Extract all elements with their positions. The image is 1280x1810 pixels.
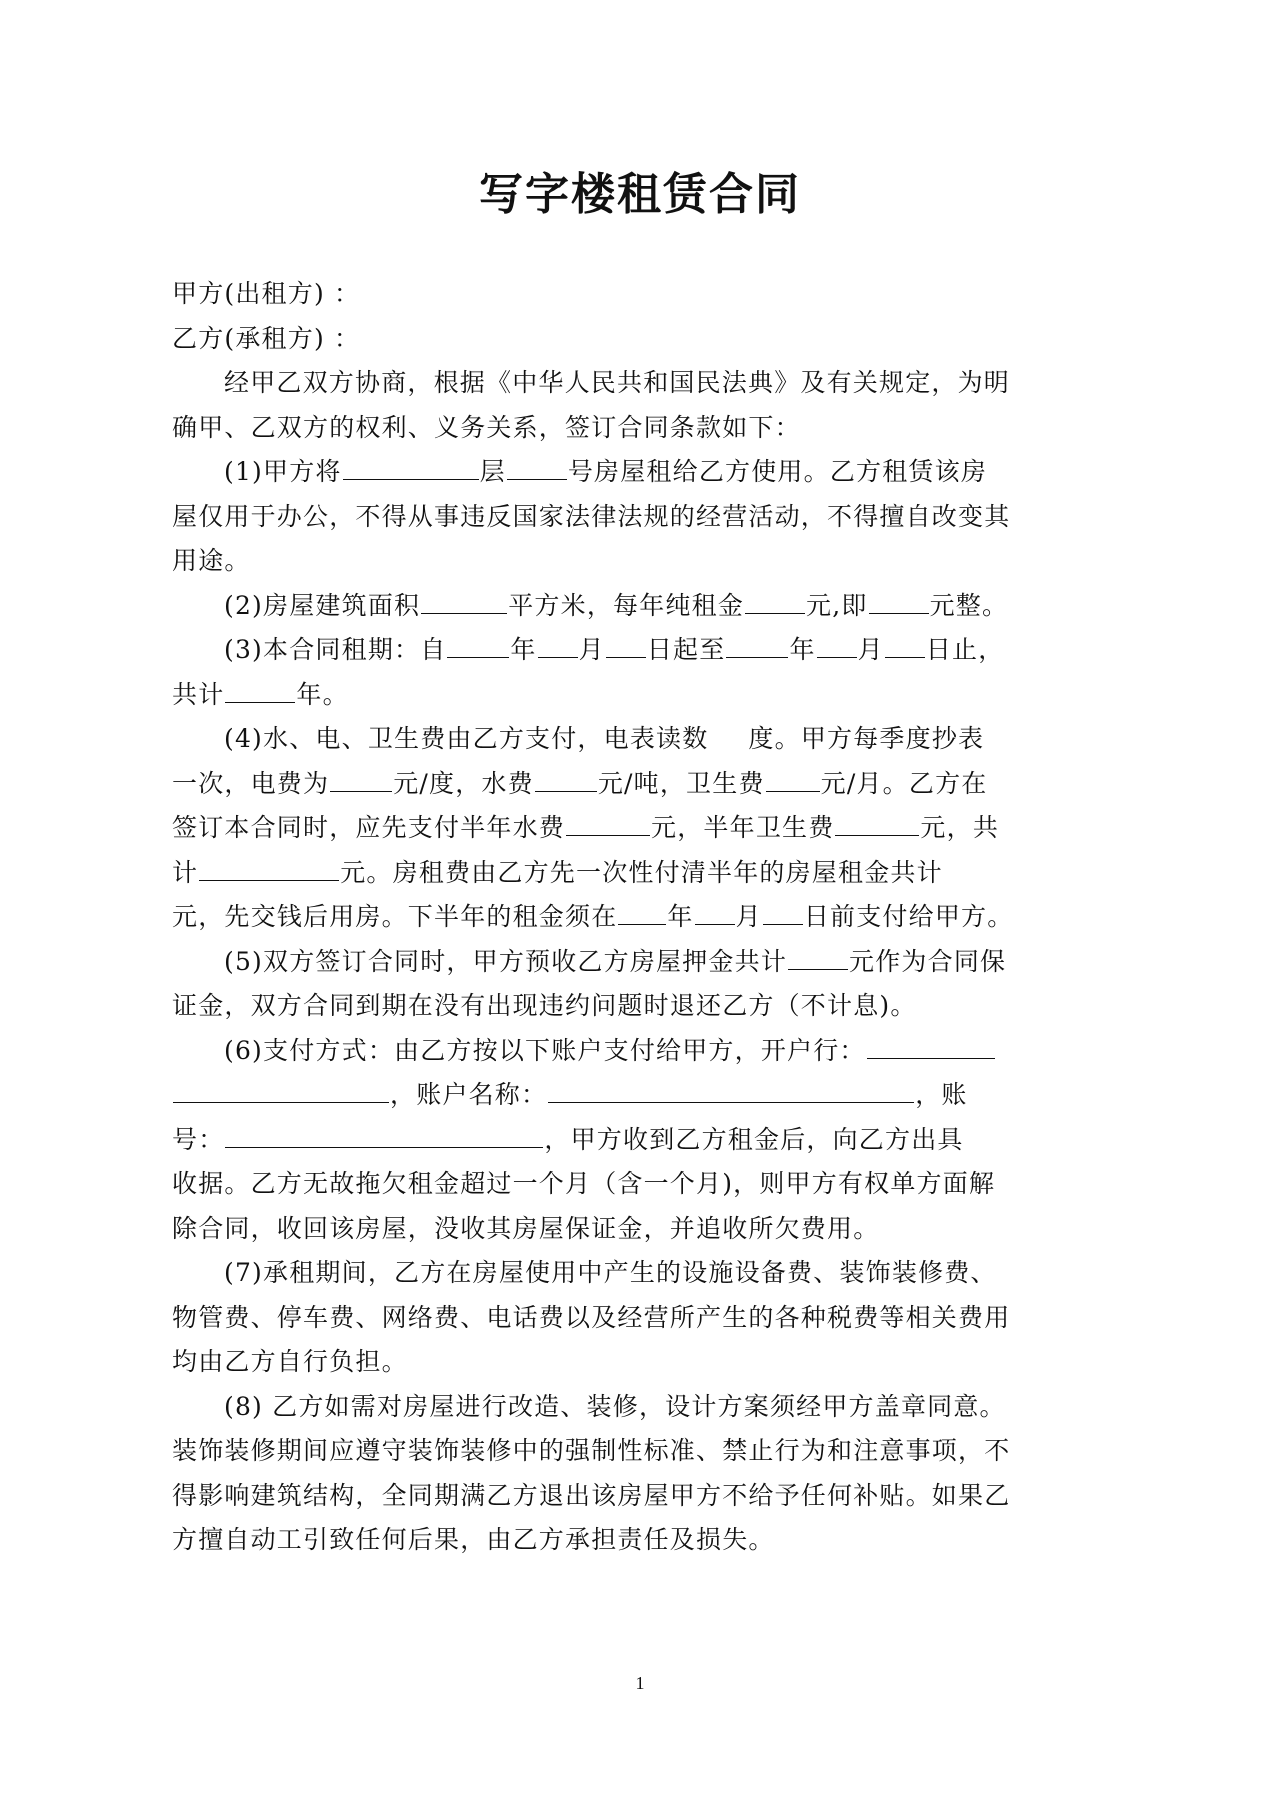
clause-text: (2)房屋建筑面积 bbox=[224, 591, 420, 620]
start-day-blank[interactable] bbox=[606, 633, 646, 658]
due-day-blank[interactable] bbox=[763, 900, 803, 925]
half-year-sanitation-blank[interactable] bbox=[835, 811, 919, 836]
clause-7-line-3: 均由乙方自行负担。 bbox=[172, 1340, 1134, 1385]
clause-text: 月 bbox=[736, 902, 762, 931]
clause-text: ，账户名称： bbox=[390, 1080, 547, 1109]
clause-text: (6)支付方式：由乙方按以下账户支付给甲方，开户行： bbox=[224, 1036, 866, 1065]
clause-text: 月 bbox=[858, 635, 884, 664]
clause-8-line-2: 装饰装修期间应遵守装饰装修中的强制性标准、禁止行为和注意事项，不 bbox=[172, 1429, 1134, 1474]
clause-text: 元,即 bbox=[806, 591, 868, 620]
clause-6-line-2: ，账户名称：，账 bbox=[172, 1073, 1134, 1118]
document-page: 写字楼租赁合同 甲方(出租方) ： 乙方(承租方) ： 经甲乙双方协商，根据《中… bbox=[0, 0, 1280, 1810]
room-number-blank[interactable] bbox=[507, 455, 567, 480]
clause-3-line-2: 共计年。 bbox=[172, 673, 1134, 718]
clause-text: (5)双方签订合同时，甲方预收乙方房屋押金共计 bbox=[224, 947, 787, 976]
clause-text: 元，半年卫生费 bbox=[651, 813, 834, 842]
clause-text: 元，共 bbox=[920, 813, 999, 842]
clause-4-line-4: 计元。房租费由乙方先一次性付清半年的房屋租金共计 bbox=[172, 851, 1134, 896]
end-month-blank[interactable] bbox=[817, 633, 857, 658]
end-day-blank[interactable] bbox=[885, 633, 925, 658]
clause-text: 层 bbox=[480, 457, 506, 486]
sanitation-rate-blank[interactable] bbox=[766, 767, 820, 792]
party-b-line: 乙方(承租方) ： bbox=[172, 317, 1134, 362]
intro-line-2: 确甲、乙双方的权利、义务关系，签订合同条款如下： bbox=[172, 406, 1134, 451]
clause-text: (4)水、电、卫生费由乙方支付，电表读数 bbox=[224, 724, 708, 753]
clause-text: 号： bbox=[172, 1125, 224, 1154]
area-blank[interactable] bbox=[421, 589, 507, 614]
clause-text: 元。房租费由乙方先一次性付清半年的房屋租金共计 bbox=[340, 858, 943, 887]
bank-name-blank[interactable] bbox=[867, 1034, 995, 1059]
clause-7-line-2: 物管费、停车费、网络费、电话费以及经营所产生的各种税费等相关费用 bbox=[172, 1296, 1134, 1341]
clause-8-line-3: 得影响建筑结构，全同期满乙方退出该房屋甲方不给予任何补贴。如果乙 bbox=[172, 1474, 1134, 1519]
clause-text: 一次，电费为 bbox=[172, 769, 329, 798]
page-number: 1 bbox=[0, 1673, 1280, 1694]
bank-name-continued-blank[interactable] bbox=[173, 1078, 389, 1103]
clause-7-line-1: (7)承租期间，乙方在房屋使用中产生的设施设备费、装饰装修费、 bbox=[172, 1251, 1134, 1296]
clause-text: 度。甲方每季度抄表 bbox=[748, 724, 984, 753]
deposit-blank[interactable] bbox=[788, 945, 848, 970]
clause-text: 日止， bbox=[926, 635, 1005, 664]
clause-text: 年 bbox=[510, 635, 536, 664]
clause-6-line-5: 除合同，收回该房屋，没收其房屋保证金，并追收所欠费用。 bbox=[172, 1207, 1134, 1252]
clause-text: 日起至 bbox=[647, 635, 726, 664]
party-a-line: 甲方(出租方) ： bbox=[172, 272, 1134, 317]
clause-text: 计 bbox=[172, 858, 198, 887]
end-year-blank[interactable] bbox=[726, 633, 788, 658]
clause-5-line-1: (5)双方签订合同时，甲方预收乙方房屋押金共计元作为合同保 bbox=[172, 940, 1134, 985]
clause-text: 号房屋租给乙方使用。乙方租赁该房 bbox=[568, 457, 987, 486]
clause-8-line-4: 方擅自动工引致任何后果，由乙方承担责任及损失。 bbox=[172, 1518, 1134, 1563]
total-years-blank[interactable] bbox=[225, 678, 295, 703]
clause-text: 年 bbox=[789, 635, 815, 664]
water-rate-blank[interactable] bbox=[535, 767, 597, 792]
floor-blank[interactable] bbox=[343, 455, 479, 480]
clause-text: 元作为合同保 bbox=[849, 947, 1006, 976]
clause-5-line-2: 证金，双方合同到期在没有出现违约问题时退还乙方（不计息)。 bbox=[172, 984, 1134, 1029]
clause-6-line-1: (6)支付方式：由乙方按以下账户支付给甲方，开户行： bbox=[172, 1029, 1134, 1074]
clause-text: ，甲方收到乙方租金后，向乙方出具 bbox=[544, 1125, 963, 1154]
clause-8-line-1: (8) 乙方如需对房屋进行改造、装修，设计方案须经甲方盖章同意。 bbox=[172, 1385, 1134, 1430]
clause-text: 年 bbox=[667, 902, 693, 931]
clause-text: 月 bbox=[579, 635, 605, 664]
clause-6-line-3: 号：，甲方收到乙方租金后，向乙方出具 bbox=[172, 1118, 1134, 1163]
clause-text: (3)本合同租期：自 bbox=[224, 635, 446, 664]
clause-text: 元/度，水费 bbox=[393, 769, 534, 798]
clause-4-line-2: 一次，电费为元/度，水费元/吨，卫生费元/月。乙方在 bbox=[172, 762, 1134, 807]
clause-1-line-1: (1)甲方将层号房屋租给乙方使用。乙方租赁该房 bbox=[172, 450, 1134, 495]
clause-text: 年。 bbox=[296, 680, 348, 709]
clause-text: 共计 bbox=[172, 680, 224, 709]
due-month-blank[interactable] bbox=[695, 900, 735, 925]
clause-1-line-2: 屋仅用于办公，不得从事违反国家法律法规的经营活动，不得擅自改变其 bbox=[172, 495, 1134, 540]
clause-4-line-5: 元，先交钱后用房。下半年的租金须在年月日前支付给甲方。 bbox=[172, 895, 1134, 940]
clause-6-line-4: 收据。乙方无故拖欠租金超过一个月（含一个月)，则甲方有权单方面解 bbox=[172, 1162, 1134, 1207]
clause-4-line-1: (4)水、电、卫生费由乙方支付，电表读数度。甲方每季度抄表 bbox=[172, 717, 1134, 762]
clause-3-line-1: (3)本合同租期：自年月日起至年月日止， bbox=[172, 628, 1134, 673]
clause-text: 元/吨，卫生费 bbox=[598, 769, 765, 798]
total-fees-blank[interactable] bbox=[199, 856, 339, 881]
clause-text: 元整。 bbox=[930, 591, 1009, 620]
clause-text: 平方米，每年纯租金 bbox=[508, 591, 744, 620]
document-body: 甲方(出租方) ： 乙方(承租方) ： 经甲乙双方协商，根据《中华人民共和国民法… bbox=[172, 272, 1134, 1563]
clause-text: 元，先交钱后用房。下半年的租金须在 bbox=[172, 902, 617, 931]
clause-text: (1)甲方将 bbox=[224, 457, 342, 486]
rent-in-words-blank[interactable] bbox=[869, 589, 929, 614]
account-number-blank[interactable] bbox=[225, 1123, 543, 1148]
intro-line-1: 经甲乙双方协商，根据《中华人民共和国民法典》及有关规定，为明 bbox=[172, 361, 1134, 406]
clause-1-line-3: 用途。 bbox=[172, 539, 1134, 584]
clause-text: 元/月。乙方在 bbox=[821, 769, 988, 798]
clause-text: ，账 bbox=[915, 1080, 967, 1109]
document-title: 写字楼租赁合同 bbox=[0, 158, 1280, 222]
start-month-blank[interactable] bbox=[538, 633, 578, 658]
half-year-water-blank[interactable] bbox=[566, 811, 650, 836]
clause-text: 日前支付给甲方。 bbox=[804, 902, 1014, 931]
due-year-blank[interactable] bbox=[618, 900, 666, 925]
clause-2-line-1: (2)房屋建筑面积平方米，每年纯租金元,即元整。 bbox=[172, 584, 1134, 629]
clause-text: 签订本合同时，应先支付半年水费 bbox=[172, 813, 565, 842]
account-name-blank[interactable] bbox=[548, 1078, 914, 1103]
start-year-blank[interactable] bbox=[447, 633, 509, 658]
clause-4-line-3: 签订本合同时，应先支付半年水费元，半年卫生费元，共 bbox=[172, 806, 1134, 851]
electricity-rate-blank[interactable] bbox=[330, 767, 392, 792]
annual-rent-blank[interactable] bbox=[745, 589, 805, 614]
